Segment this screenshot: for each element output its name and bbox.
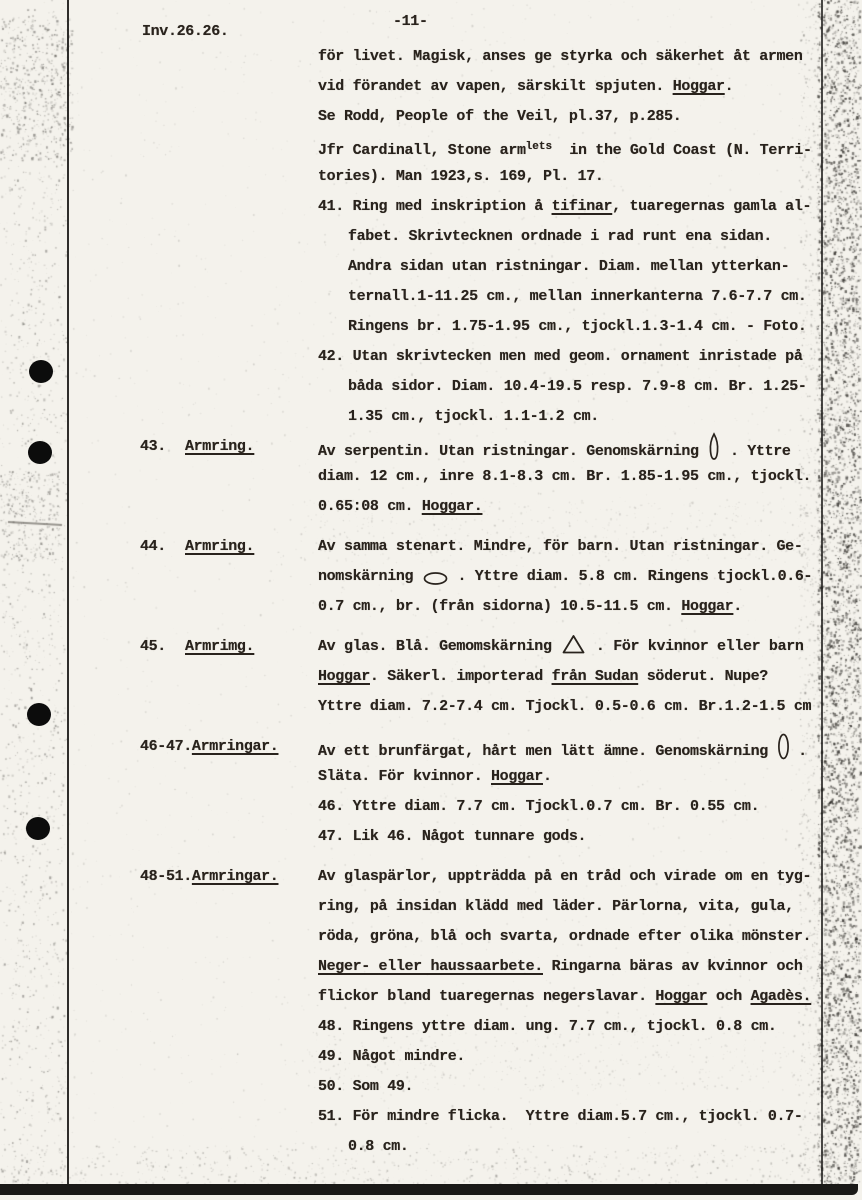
text-segment: 1.35 cm., tjockl. 1.1-1.2 cm. bbox=[348, 408, 599, 425]
text-line: Av serpentin. Utan ristningar. Genomskär… bbox=[318, 432, 840, 462]
text-segment: 50. Som 49. bbox=[318, 1078, 413, 1095]
text-line: flickor bland tuaregernas negerslavar. H… bbox=[318, 982, 840, 1012]
text-segment: Av serpentin. Utan ristningar. Genomskär… bbox=[318, 443, 707, 460]
text-segment: Hoggar bbox=[318, 668, 370, 685]
entry-number: 44. bbox=[140, 532, 185, 562]
text-segment: röda, gröna, blå och svarta, ordnade eft… bbox=[318, 928, 811, 945]
text-segment: ring, på insidan klädd med läder. Pärlor… bbox=[318, 898, 794, 915]
text-line: 0.65:08 cm. Hoggar. bbox=[318, 492, 840, 522]
text-line: Se Rodd, People of the Veil, pl.37, p.28… bbox=[318, 102, 823, 132]
text-segment: . För kvinnor eller barn bbox=[587, 638, 803, 655]
text-line: Av glaspärlor, uppträdda på en tråd och … bbox=[318, 862, 840, 892]
page-number: -11- bbox=[393, 10, 428, 34]
entry-name: Armrimg. bbox=[185, 638, 254, 655]
text-line: 50. Som 49. bbox=[318, 1072, 840, 1102]
entry-label: 48-51.Armringar. bbox=[140, 862, 318, 892]
entry-number: 46-47. bbox=[140, 732, 192, 762]
text-line: 49. Något mindre. bbox=[318, 1042, 840, 1072]
punch-hole bbox=[27, 703, 51, 726]
text-segment: 0.65:08 cm. bbox=[318, 498, 422, 515]
entry-row: 46-47.Armringar.Av ett brunfärgat, hårt … bbox=[140, 732, 840, 852]
text-segment: Hoggar bbox=[491, 768, 543, 785]
text-line: röda, gröna, blå och svarta, ordnade eft… bbox=[318, 922, 840, 952]
text-segment: båda sidor. Diam. 10.4-19.5 resp. 7.9-8 … bbox=[348, 378, 807, 395]
text-segment: Ringens br. 1.75-1.95 cm., tjockl.1.3-1.… bbox=[348, 318, 807, 335]
text-segment: 49. Något mindre. bbox=[318, 1048, 465, 1065]
left-margin-rule bbox=[67, 0, 69, 1195]
entry-body: Av glas. Blå. Gemomskärning . För kvinno… bbox=[318, 632, 840, 722]
cross-section-narrow-oval-icon bbox=[777, 743, 790, 760]
text-segment: in the Gold Coast (N. Terri- bbox=[552, 142, 812, 159]
text-line: Hoggar. Säkerl. importerad från Sudan sö… bbox=[318, 662, 840, 692]
text-line: fabet. Skrivtecknen ordnade i rad runt e… bbox=[318, 222, 823, 252]
text-segment: , tuaregernas gamla al- bbox=[612, 198, 811, 215]
text-segment: tories). Man 1923,s. 169, Pl. 17. bbox=[318, 168, 604, 185]
text-segment: . bbox=[733, 598, 742, 615]
text-segment: Av ett brunfärgat, hårt men lätt ämne. G… bbox=[318, 743, 777, 760]
text-segment: Släta. För kvinnor. bbox=[318, 768, 491, 785]
text-line: 47. Lik 46. Något tunnare gods. bbox=[318, 822, 840, 852]
text-line: Ringens br. 1.75-1.95 cm., tjockl.1.3-1.… bbox=[318, 312, 823, 342]
text-segment: Andra sidan utan ristningar. Diam. mella… bbox=[348, 258, 789, 275]
text-line: 0.8 cm. bbox=[318, 1132, 840, 1162]
text-segment: Av glaspärlor, uppträdda på en tråd och … bbox=[318, 868, 811, 885]
text-segment: 51. För mindre flicka. Yttre diam.5.7 cm… bbox=[318, 1108, 802, 1125]
text-segment: vid förandet av vapen, särskilt spjuten. bbox=[318, 78, 673, 95]
text-line: 1.35 cm., tjockl. 1.1-1.2 cm. bbox=[318, 402, 823, 432]
text-segment: 0.8 cm. bbox=[348, 1138, 409, 1155]
text-line: båda sidor. Diam. 10.4-19.5 resp. 7.9-8 … bbox=[318, 372, 823, 402]
text-segment: Jfr Cardinall, Stone arm bbox=[318, 142, 526, 159]
text-line: nomskärning . Yttre diam. 5.8 cm. Ringen… bbox=[318, 562, 840, 592]
text-segment: Neger- eller haussaarbete. bbox=[318, 958, 543, 975]
text-line: Andra sidan utan ristningar. Diam. mella… bbox=[318, 252, 823, 282]
text-segment: 41. Ring med inskription å bbox=[318, 198, 552, 215]
text-segment: 42. Utan skrivtecken men med geom. ornam… bbox=[318, 348, 802, 365]
text-segment: fabet. Skrivtecknen ordnade i rad runt e… bbox=[348, 228, 772, 245]
text-segment: . Yttre bbox=[721, 443, 790, 460]
entry-row: 48-51.Armringar.Av glaspärlor, uppträdda… bbox=[140, 862, 840, 1162]
entry-label: 44.Armring. bbox=[140, 532, 318, 562]
entry-row: 43.Armring.Av serpentin. Utan ristningar… bbox=[140, 432, 840, 522]
text-segment: . bbox=[725, 78, 734, 95]
punch-hole bbox=[29, 360, 53, 383]
entry-label: 45.Armrimg. bbox=[140, 632, 318, 662]
entry-label: 46-47.Armringar. bbox=[140, 732, 318, 762]
text-line: Neger- eller haussaarbete. Ringarna bära… bbox=[318, 952, 840, 982]
text-line: 46. Yttre diam. 7.7 cm. Tjockl.0.7 cm. B… bbox=[318, 792, 840, 822]
cross-section-flat-oval-icon bbox=[422, 568, 449, 585]
text-line: tories). Man 1923,s. 169, Pl. 17. bbox=[318, 162, 823, 192]
right-margin-rule bbox=[821, 0, 823, 1195]
text-segment: diam. 12 cm., inre 8.1-8.3 cm. Br. 1.85-… bbox=[318, 468, 811, 485]
text-segment: Ringarna bäras av kvinnor och bbox=[543, 958, 803, 975]
entry-body: Av serpentin. Utan ristningar. Genomskär… bbox=[318, 432, 840, 522]
entry-body: Av glaspärlor, uppträdda på en tråd och … bbox=[318, 862, 840, 1162]
text-line: 42. Utan skrivtecken men med geom. ornam… bbox=[318, 342, 823, 372]
text-line: Yttre diam. 7.2-7.4 cm. Tjockl. 0.5-0.6 … bbox=[318, 692, 840, 722]
entry-name: Armringar. bbox=[192, 868, 279, 885]
text-line: ternall.1-11.25 cm., mellan innerkantern… bbox=[318, 282, 823, 312]
text-segment: och bbox=[707, 988, 750, 1005]
text-line: 51. För mindre flicka. Yttre diam.5.7 cm… bbox=[318, 1102, 840, 1132]
text-segment: Agadès. bbox=[751, 988, 812, 1005]
entry-row: 45.Armrimg.Av glas. Blå. Gemomskärning .… bbox=[140, 632, 840, 722]
text-segment: . bbox=[543, 768, 552, 785]
punch-hole bbox=[26, 817, 50, 840]
text-segment: Av samma stenart. Mindre, för barn. Utan… bbox=[318, 538, 802, 555]
text-line: Jfr Cardinall, Stone armlets in the Gold… bbox=[318, 132, 823, 162]
entry-number: 45. bbox=[140, 632, 185, 662]
intro-paragraphs: för livet. Magisk, anses ge styrka och s… bbox=[318, 42, 823, 432]
text-segment: Hoggar bbox=[681, 598, 733, 615]
entry-name: Armring. bbox=[185, 538, 254, 555]
text-segment: Hoggar. bbox=[422, 498, 483, 515]
bottom-scan-band bbox=[0, 1184, 858, 1195]
text-segment: Se Rodd, People of the Veil, pl.37, p.28… bbox=[318, 108, 681, 125]
entry-name: Armring. bbox=[185, 438, 254, 455]
text-line: Släta. För kvinnor. Hoggar. bbox=[318, 762, 840, 792]
text-segment: Av glas. Blå. Gemomskärning bbox=[318, 638, 560, 655]
cross-section-triangle-icon bbox=[560, 638, 587, 655]
inventory-number: Inv.26.26. bbox=[142, 20, 229, 44]
entry-name: Armringar. bbox=[192, 738, 279, 755]
text-segment: Hoggar bbox=[655, 988, 707, 1005]
text-line: för livet. Magisk, anses ge styrka och s… bbox=[318, 42, 823, 72]
entry-body: Av ett brunfärgat, hårt men lätt ämne. G… bbox=[318, 732, 840, 852]
text-line: diam. 12 cm., inre 8.1-8.3 cm. Br. 1.85-… bbox=[318, 462, 840, 492]
text-segment: för livet. Magisk, anses ge styrka och s… bbox=[318, 48, 802, 65]
entry-number: 48-51. bbox=[140, 862, 192, 892]
text-segment: 48. Ringens yttre diam. ung. 7.7 cm., tj… bbox=[318, 1018, 777, 1035]
text-segment: Yttre diam. 7.2-7.4 cm. Tjockl. 0.5-0.6 … bbox=[318, 698, 811, 715]
text-segment: flickor bland tuaregernas negerslavar. bbox=[318, 988, 655, 1005]
punch-hole bbox=[28, 441, 52, 464]
text-line: vid förandet av vapen, särskilt spjuten.… bbox=[318, 72, 823, 102]
text-line: 48. Ringens yttre diam. ung. 7.7 cm., tj… bbox=[318, 1012, 840, 1042]
scanned-document-page: Inv.26.26. -11- för livet. Magisk, anses… bbox=[0, 0, 862, 1200]
text-segment: ternall.1-11.25 cm., mellan innerkantern… bbox=[348, 288, 807, 305]
text-segment: . Säkerl. importerad bbox=[370, 668, 552, 685]
cross-section-pointed-oval-icon bbox=[707, 443, 721, 460]
text-segment: nomskärning bbox=[318, 568, 422, 585]
text-segment: lets bbox=[526, 141, 552, 153]
catalog-entries: 43.Armring.Av serpentin. Utan ristningar… bbox=[140, 432, 840, 1172]
entry-label: 43.Armring. bbox=[140, 432, 318, 462]
text-segment: . Yttre diam. 5.8 cm. Ringens tjockl.0.6… bbox=[449, 568, 812, 585]
text-segment: 0.7 cm., br. (från sidorna) 10.5-11.5 cm… bbox=[318, 598, 681, 615]
text-segment: Hoggar bbox=[673, 78, 725, 95]
text-line: ring, på insidan klädd med läder. Pärlor… bbox=[318, 892, 840, 922]
text-line: Av glas. Blå. Gemomskärning . För kvinno… bbox=[318, 632, 840, 662]
text-segment: söderut. Nupe? bbox=[638, 668, 768, 685]
entry-body: Av samma stenart. Mindre, för barn. Utan… bbox=[318, 532, 840, 622]
entry-number: 43. bbox=[140, 432, 185, 462]
text-line: 41. Ring med inskription å tifinar, tuar… bbox=[318, 192, 823, 222]
text-segment: 46. Yttre diam. 7.7 cm. Tjockl.0.7 cm. B… bbox=[318, 798, 759, 815]
text-line: Av ett brunfärgat, hårt men lätt ämne. G… bbox=[318, 732, 840, 762]
text-segment: . bbox=[790, 743, 807, 760]
text-line: Av samma stenart. Mindre, för barn. Utan… bbox=[318, 532, 840, 562]
text-segment: från Sudan bbox=[552, 668, 639, 685]
text-line: 0.7 cm., br. (från sidorna) 10.5-11.5 cm… bbox=[318, 592, 840, 622]
entry-row: 44.Armring.Av samma stenart. Mindre, för… bbox=[140, 532, 840, 622]
text-segment: 47. Lik 46. Något tunnare gods. bbox=[318, 828, 586, 845]
text-segment: tifinar bbox=[552, 198, 613, 215]
